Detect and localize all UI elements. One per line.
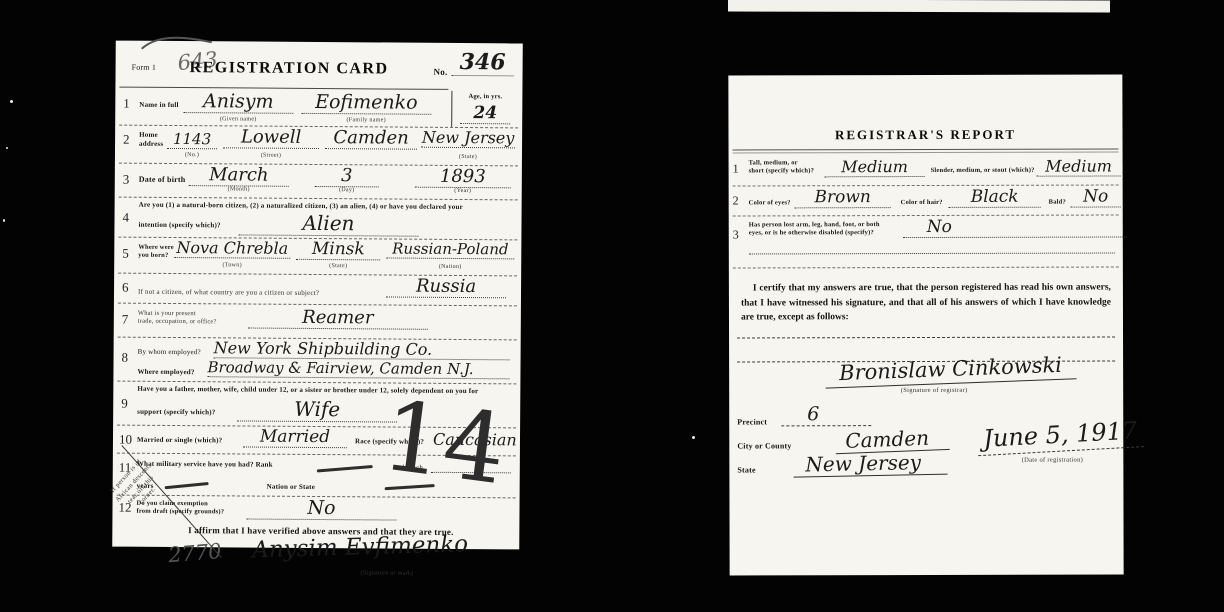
disability-answer: No	[903, 216, 1127, 238]
registrant-signature: Anysim Evfimenko	[252, 531, 468, 563]
subject-answer: Russia	[386, 275, 506, 298]
sub-address-street: (Street)	[223, 152, 319, 159]
trade-prompt-a: What is your present	[138, 310, 196, 317]
citizenship-answer: Alien	[238, 210, 418, 236]
pencil-overwrite-number: 14	[377, 387, 511, 498]
divider	[733, 151, 1119, 153]
build-prompt: Slender, medium, or stout (which)?	[931, 167, 1035, 175]
name-family-value: Eofimenko	[301, 91, 431, 115]
sub-month: (Month)	[189, 186, 289, 193]
row-trade: 7 What is your present trade, occupation…	[118, 303, 517, 341]
birth-day-value: 3	[315, 165, 379, 187]
line-number: 7	[122, 312, 129, 328]
line-number: 1	[123, 96, 130, 112]
eyes-prompt: Color of eyes?	[749, 199, 791, 207]
age-box: Age, in yrs. 24	[451, 91, 518, 127]
registration-card-front: Form 1 643 REGISTRATION CARD No. 346 Age…	[112, 41, 523, 550]
row-name: 1 Name in full Anisym Eofimenko (Given n…	[119, 87, 448, 128]
blank-dotline	[749, 253, 1115, 255]
address-city-value: Camden	[325, 127, 417, 150]
height-value: Medium	[825, 157, 925, 177]
row-birthplace: 5 Where were you born? Nova Chrebla Mins…	[118, 237, 517, 277]
employed-by-value: New York Shipbuilding Co.	[214, 338, 510, 360]
birth-year-value: 1893	[415, 166, 511, 189]
dust-speck	[6, 147, 8, 149]
city-label: City or County	[737, 441, 791, 451]
exemption-answer: No	[246, 497, 396, 521]
sub-town: (Town)	[174, 262, 290, 269]
sub-state: (State)	[296, 263, 380, 270]
registrar-signature: Bronislaw Cinkowski	[825, 352, 1077, 388]
birth-month-value: March	[189, 164, 289, 187]
line-number: 1	[733, 161, 739, 176]
state-label: State	[737, 465, 755, 475]
line-number: 5	[122, 246, 129, 262]
address-street-value: Lowell	[223, 126, 319, 149]
dependents-answer: Wife	[237, 396, 397, 422]
address-prompt-b: address	[139, 140, 163, 148]
eyes-value: Brown	[795, 187, 891, 208]
address-state-value: New Jersey	[421, 128, 515, 149]
line-number: 9	[121, 396, 128, 412]
sub-address-no: (No.)	[167, 152, 217, 158]
line-number: 6	[122, 280, 129, 296]
age-label: Age, in yrs.	[452, 93, 518, 102]
name-given-value: Anisym	[183, 90, 293, 114]
line-number: 8	[122, 350, 129, 366]
pen-stroke	[317, 465, 373, 472]
state-value: New Jersey	[793, 450, 947, 478]
line-number: 4	[122, 210, 129, 226]
african-descent-corner-stamp: If person is of African descent, tear of…	[106, 439, 227, 560]
address-prompt: Home address	[139, 131, 163, 149]
blank-dotline	[737, 337, 1115, 339]
citizenship-prompt-b: intention (specify which)?	[138, 221, 220, 230]
line-number: 2	[123, 132, 130, 148]
registrar-signature-sub: (Signature of registrar)	[859, 387, 1009, 394]
employed-by-prompt: By whom employed?	[138, 348, 201, 357]
sub-year: (Year)	[415, 188, 511, 195]
report-title: REGISTRAR'S REPORT	[728, 126, 1122, 143]
address-prompt-a: Home	[139, 131, 158, 139]
card-title: REGISTRATION CARD	[116, 59, 463, 79]
report-row-coloring: 2 Color of eyes? Brown Color of hair? Bl…	[733, 186, 1119, 215]
dependents-prompt-b: support (specify which)?	[137, 408, 215, 417]
row-employer: 8 By whom employed? New York Shipbuildin…	[117, 337, 516, 385]
card-no-value: 346	[452, 49, 514, 76]
bald-prompt: Bald?	[1049, 199, 1066, 207]
dust-speck	[692, 436, 695, 439]
line-number: 2	[733, 193, 739, 208]
signature-sub-label: (Signature or mark)	[322, 570, 452, 577]
certification-text: I certify that my answers are true, that…	[741, 281, 1111, 326]
height-prompt-b: short (specify which)?	[749, 167, 814, 174]
precinct-label: Precinct	[737, 417, 767, 427]
birthplace-town-value: Nova Chrebla	[174, 238, 290, 259]
report-row-disability: 3 Has person lost arm, leg, hand, foot, …	[733, 216, 1119, 265]
top-card-sliver	[728, 0, 1110, 13]
registrars-report-card: REGISTRAR'S REPORT 1 Tall, medium, or sh…	[728, 74, 1123, 575]
address-no-value: 1143	[167, 130, 217, 149]
corner-stamp-text: If person is of African descent, tear of…	[106, 455, 168, 517]
hair-prompt: Color of hair?	[901, 199, 943, 207]
military-nation-label: Nation or State	[267, 483, 315, 492]
disability-prompt: Has person lost arm, leg, hand, foot, or…	[749, 221, 880, 238]
birthplace-prompt-a: Where were	[138, 244, 174, 251]
birthplace-state-value: Minsk	[296, 239, 380, 261]
scanned-document-page: Form 1 643 REGISTRATION CARD No. 346 Age…	[0, 0, 1224, 612]
birthdate-prompt: Date of birth	[139, 175, 186, 185]
sub-address-state: (State)	[421, 154, 515, 161]
trade-prompt-b: trade, occupation, or office?	[138, 318, 217, 326]
bald-value: No	[1071, 186, 1121, 207]
registration-date-value: June 5, 1917	[977, 416, 1144, 456]
birthplace-prompt: Where were you born?	[138, 244, 174, 260]
row-subject-country: 6 If not a citizen, of what country are …	[118, 273, 517, 307]
line-number: 3	[123, 172, 130, 188]
precinct-dotline	[781, 425, 871, 426]
line-number: 3	[733, 227, 739, 242]
dust-speck	[10, 100, 13, 103]
divider	[733, 148, 1119, 150]
trade-prompt: What is your present trade, occupation, …	[138, 310, 217, 327]
sub-day: (Day)	[315, 187, 379, 193]
employed-where-value: Broadway & Fairview, Camden N.J.	[207, 358, 509, 379]
subject-prompt: If not a citizen, of what country are yo…	[138, 288, 319, 298]
trade-answer: Reamer	[248, 307, 428, 330]
row-address: 2 Home address 1143 Lowell Camden New Je…	[119, 125, 518, 167]
disability-prompt-a: Has person lost arm, leg, hand, foot, or…	[749, 221, 880, 228]
registration-date-sub: (Date of registration)	[997, 457, 1107, 464]
hair-value: Black	[949, 187, 1041, 208]
married-value: Married	[243, 426, 347, 448]
sub-family-name: (Family name)	[301, 117, 431, 124]
sub-given-name: (Given name)	[183, 116, 293, 123]
divider	[733, 266, 1119, 268]
report-row-build: 1 Tall, medium, or short (specify which)…	[733, 154, 1119, 185]
sub-nation: (Nation)	[386, 263, 514, 270]
dust-speck	[3, 219, 5, 222]
card-no-label: No.	[434, 67, 448, 78]
height-prompt: Tall, medium, or short (specify which)?	[749, 159, 814, 175]
birthplace-prompt-b: you born?	[138, 252, 168, 259]
employed-where-prompt: Where employed?	[137, 368, 194, 377]
build-value: Medium	[1037, 156, 1121, 176]
disability-prompt-b: eyes, or is he otherwise disabled (speci…	[749, 229, 874, 236]
name-prompt: Name in full	[139, 101, 178, 110]
birthplace-nation-value: Russian-Poland	[386, 239, 514, 259]
row-birthdate: 3 Date of birth March 3 1893 (Month) (Da…	[119, 163, 518, 201]
height-prompt-a: Tall, medium, or	[749, 159, 798, 166]
age-value: 24	[460, 103, 510, 124]
row-citizenship: 4 Are you (1) a natural-born citizen, (2…	[118, 197, 517, 241]
precinct-value: 6	[807, 403, 819, 425]
